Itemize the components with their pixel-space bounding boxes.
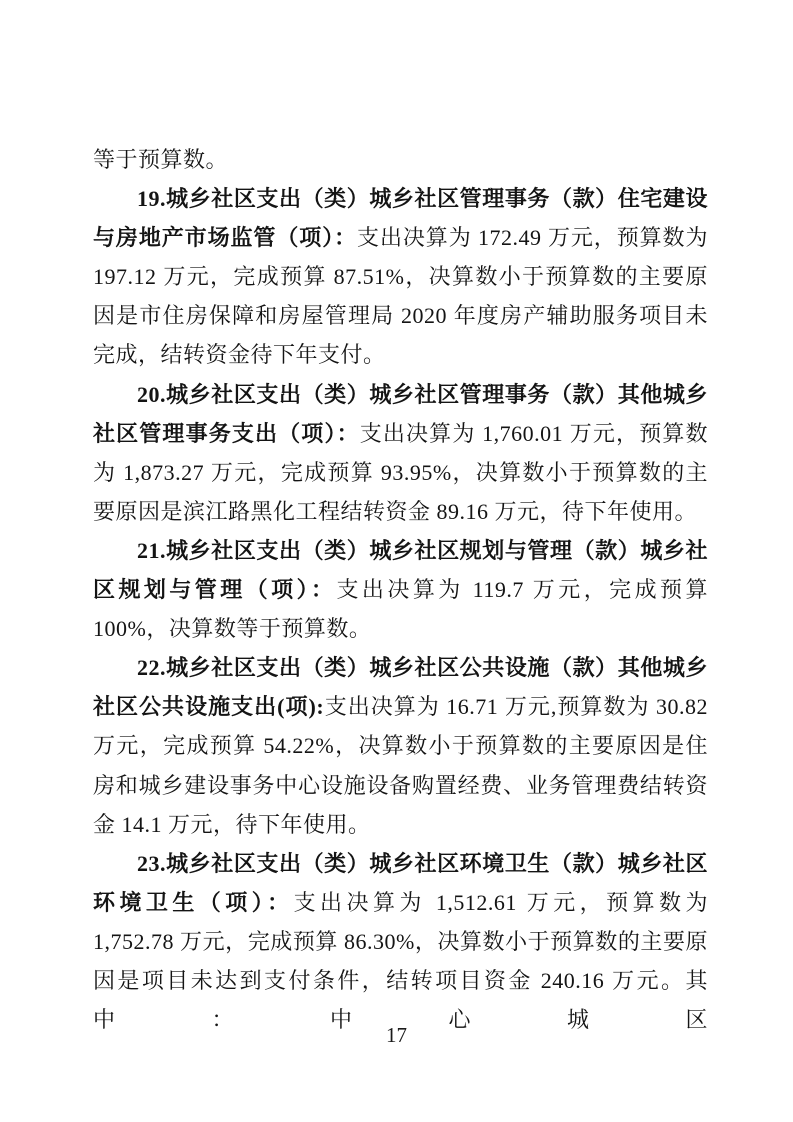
page-footer: 17 <box>0 1022 793 1048</box>
paragraph: 19.城乡社区支出（类）城乡社区管理事务（款）住宅建设与房地产市场监管（项）：支… <box>93 179 708 374</box>
paragraph-text: 等于预算数。 <box>93 147 228 172</box>
document-body: 等于预算数。19.城乡社区支出（类）城乡社区管理事务（款）住宅建设与房地产市场监… <box>93 140 708 1039</box>
document-page: 等于预算数。19.城乡社区支出（类）城乡社区管理事务（款）住宅建设与房地产市场监… <box>0 0 793 1122</box>
paragraph: 23.城乡社区支出（类）城乡社区环境卫生（款）城乡社区环境卫生（项）：支出决算为… <box>93 844 708 1039</box>
page-number: 17 <box>386 1023 407 1047</box>
paragraph: 22.城乡社区支出（类）城乡社区公共设施（款）其他城乡社区公共设施支出(项):支… <box>93 648 708 843</box>
paragraph: 20.城乡社区支出（类）城乡社区管理事务（款）其他城乡社区管理事务支出（项）：支… <box>93 375 708 531</box>
paragraph: 21.城乡社区支出（类）城乡社区规划与管理（款）城乡社区规划与管理（项）：支出决… <box>93 531 708 648</box>
paragraph: 等于预算数。 <box>93 140 708 179</box>
